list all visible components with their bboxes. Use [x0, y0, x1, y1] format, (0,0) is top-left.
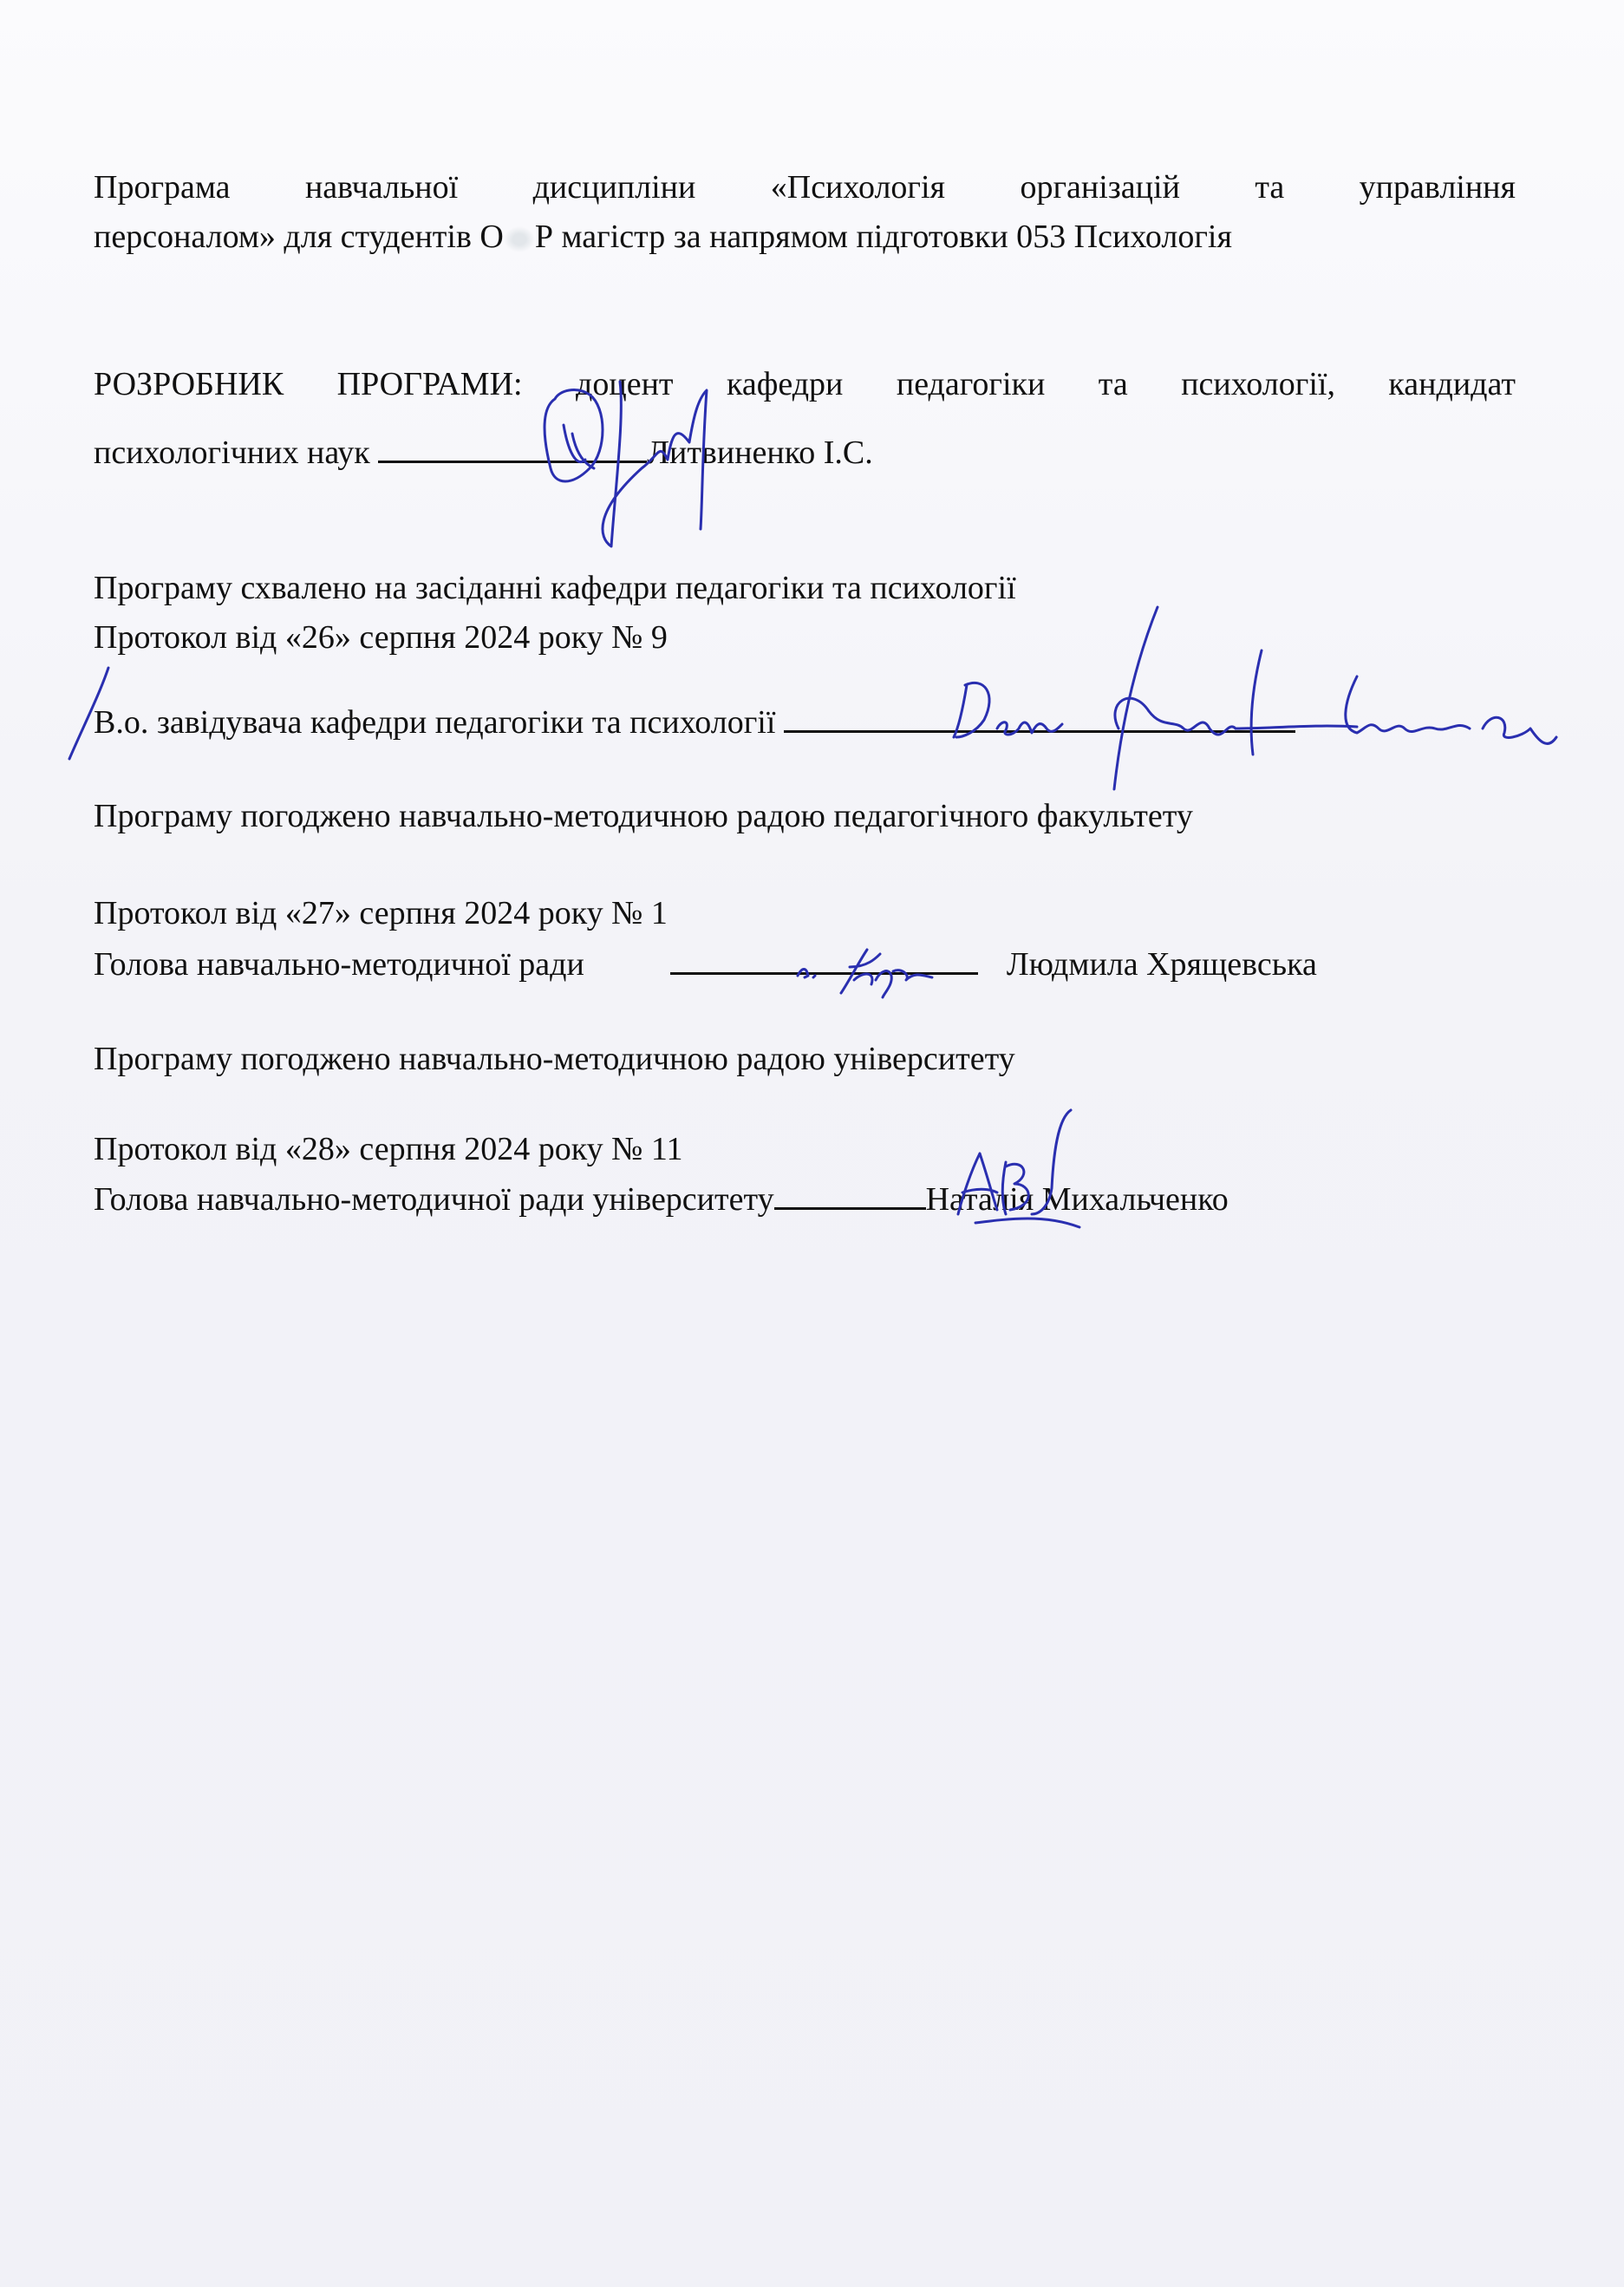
faculty-council-approval: Програму погоджено навчально-методичною … [94, 796, 1193, 836]
scan-smudge [504, 226, 535, 252]
developer-degree: психологічних наук [94, 435, 370, 471]
developer-signature [538, 382, 746, 555]
developer-line-1: РОЗРОБНИК ПРОГРАМИ: доцент кафедри педаг… [94, 364, 1516, 404]
program-title-line-2: персоналом» для студентів ОР магістр за … [94, 217, 1232, 257]
faculty-council-head-label: Голова навчально-методичної ради [94, 946, 584, 983]
department-approval: Програму схвалено на засіданні кафедри п… [94, 568, 1016, 608]
program-title-line-2-part-b: Р магістр за напрямом підготовки 053 Пси… [535, 219, 1232, 255]
margin-mark [61, 659, 113, 763]
university-council-approval: Програму погоджено навчально-методичною … [94, 1039, 1015, 1079]
acting-head-signature [949, 598, 1624, 807]
department-protocol: Протокол від «26» серпня 2024 року № 9 [94, 617, 668, 657]
faculty-council-head-signature [789, 932, 1014, 1002]
acting-head-label: В.о. завідувача кафедри педагогіки та пс… [94, 704, 775, 741]
program-title-line-1: Програма навчальної дисципліни «Психолог… [94, 167, 1516, 207]
developer-line-2: психологічних наук Литвиненко І.С. [94, 431, 873, 473]
document-page: Програма навчальної дисципліни «Психолог… [0, 0, 1624, 2287]
faculty-protocol: Протокол від «27» серпня 2024 року № 1 [94, 893, 668, 933]
university-council-head-signature [941, 1101, 1132, 1240]
faculty-council-head-row: Голова навчально-методичної ради Людмила… [94, 943, 1317, 984]
faculty-council-head-name: Людмила Хрящевська [1007, 946, 1317, 983]
university-council-head-label: Голова навчально-методичної ради універс… [94, 1181, 774, 1218]
university-council-head-signature-line [774, 1178, 926, 1210]
program-title-line-2-part-a: персоналом» для студентів О [94, 219, 504, 255]
university-protocol: Протокол від «28» серпня 2024 року № 11 [94, 1129, 683, 1169]
